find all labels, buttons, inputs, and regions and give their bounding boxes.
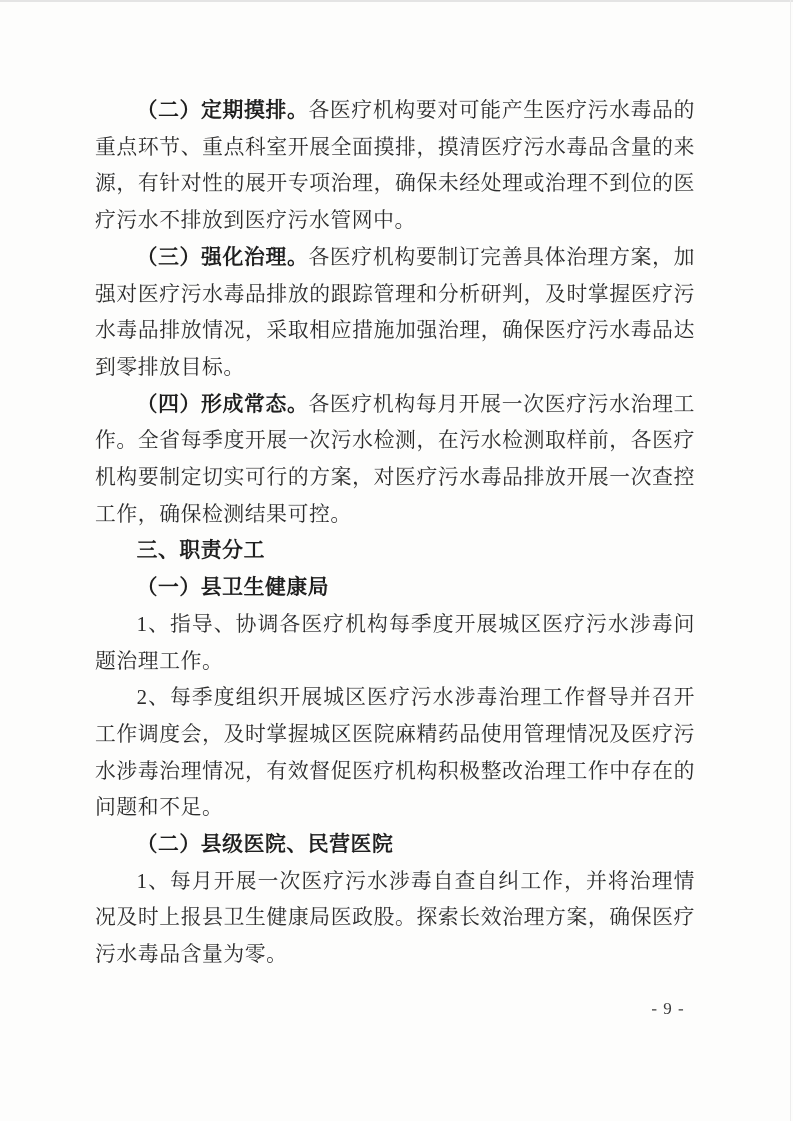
paragraph-item-1-selfcheck: 1、每月开展一次医疗污水涉毒自查自纠工作，并将治理情况及时上报县卫生健康局医政股… xyxy=(95,864,695,974)
paragraph-item-2-supervision: 2、每季度组织开展城区医疗污水涉毒治理工作督导并召开工作调度会，及时掌握城区医院… xyxy=(95,680,695,827)
paragraph-text: 2、每季度组织开展城区医疗污水涉毒治理工作督导并召开工作调度会，及时掌握城区医院… xyxy=(95,686,695,819)
paragraph-lead: （三）强化治理。 xyxy=(137,246,309,269)
paragraph-item-1-guidance: 1、指导、协调各医疗机构每季度开展城区医疗污水涉毒问题治理工作。 xyxy=(95,607,695,680)
heading-text: （一）县卫生健康局 xyxy=(137,576,330,599)
scan-artifact-top-edge xyxy=(0,0,793,2)
scan-artifact-right-edge xyxy=(790,0,791,1121)
heading-text: （二）县级医院、民营医院 xyxy=(137,833,394,856)
paragraph-text: 1、指导、协调各医疗机构每季度开展城区医疗污水涉毒问题治理工作。 xyxy=(95,613,695,673)
page-number: - 9 - xyxy=(628,999,708,1019)
paragraph-qianghua-zhili: （三）强化治理。各医疗机构要制订完善具体治理方案，加强对医疗污水毒品排放的跟踪管… xyxy=(95,240,695,387)
paragraph-xingcheng-changtai: （四）形成常态。各医疗机构每月开展一次医疗污水治理工作。全省每季度开展一次污水检… xyxy=(95,387,695,534)
paragraph-dingqi-mopai: （二）定期摸排。各医疗机构要对可能产生医疗污水毒品的重点环节、重点科室开展全面摸… xyxy=(95,93,695,240)
document-page: （二）定期摸排。各医疗机构要对可能产生医疗污水毒品的重点环节、重点科室开展全面摸… xyxy=(0,0,793,1121)
paragraph-lead: （四）形成常态。 xyxy=(137,393,309,416)
section-heading-zhize-fengong: 三、职责分工 xyxy=(95,533,695,570)
paragraph-lead: （二）定期摸排。 xyxy=(137,99,309,122)
paragraph-text: 1、每月开展一次医疗污水涉毒自查自纠工作，并将治理情况及时上报县卫生健康局医政股… xyxy=(95,870,695,966)
document-body: （二）定期摸排。各医疗机构要对可能产生医疗污水毒品的重点环节、重点科室开展全面摸… xyxy=(95,93,695,974)
heading-text: 三、职责分工 xyxy=(137,539,265,562)
section-heading-weisheng-jiankangju: （一）县卫生健康局 xyxy=(95,570,695,607)
section-heading-xianji-minying-yiyuan: （二）县级医院、民营医院 xyxy=(95,827,695,864)
